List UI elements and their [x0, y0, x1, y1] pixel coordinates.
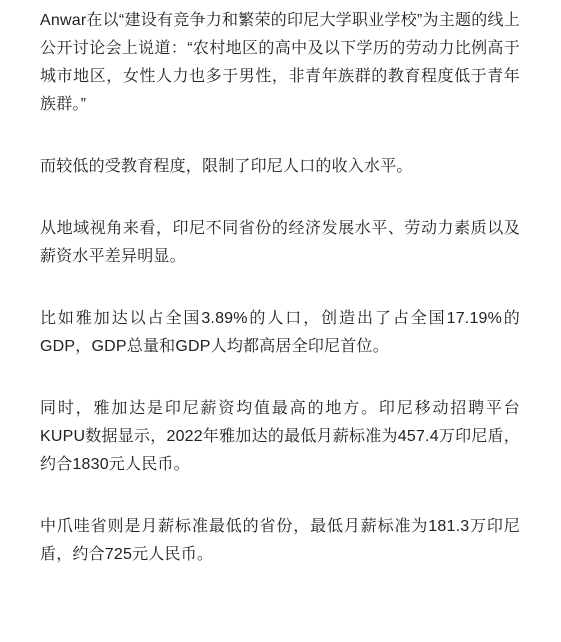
paragraph-central-java-salary: 中爪哇省则是月薪标准最低的省份，最低月薪标准为181.3万印尼盾，约合725元人… [40, 513, 520, 569]
paragraph-education-income: 而较低的受教育程度，限制了印尼人口的收入水平。 [40, 153, 520, 181]
article-body: Anwar在以“建设有竞争力和繁荣的印尼大学职业学校”为主题的线上公开讨论会上说… [0, 0, 561, 569]
paragraph-jakarta-gdp: 比如雅加达以占全国3.89%的人口，创造出了占全国17.19%的GDP，GDP总… [40, 305, 520, 361]
paragraph-jakarta-salary: 同时，雅加达是印尼薪资均值最高的地方。印尼移动招聘平台KUPU数据显示，2022… [40, 395, 520, 479]
paragraph-anwar-quote: Anwar在以“建设有竞争力和繁荣的印尼大学职业学校”为主题的线上公开讨论会上说… [40, 7, 520, 119]
paragraph-regional-differences: 从地域视角来看，印尼不同省份的经济发展水平、劳动力素质以及薪资水平差异明显。 [40, 215, 520, 271]
